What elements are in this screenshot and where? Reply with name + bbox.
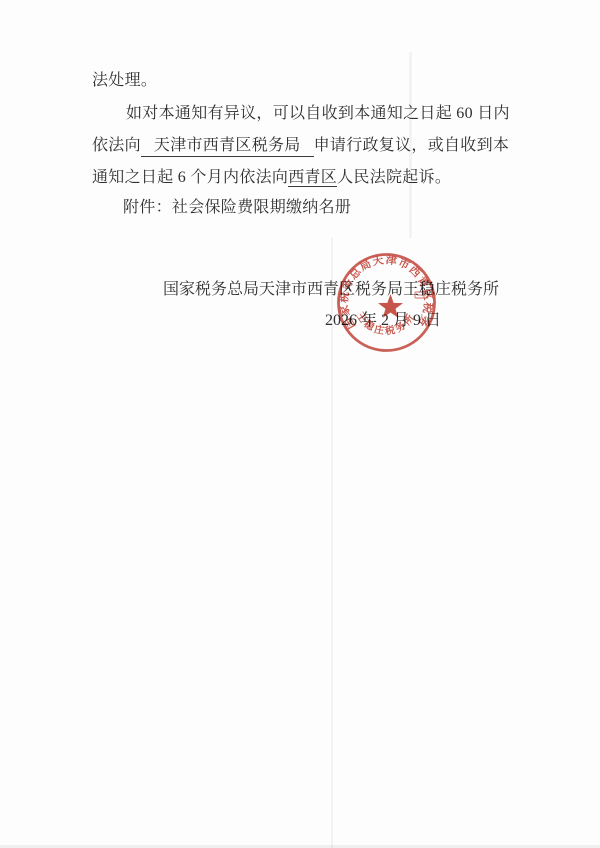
appeal-line-3-suffix: 人民法院起诉。 [337,169,451,186]
appeal-line-2-prefix: 依法向 [92,137,141,154]
paragraph-continuation: 法处理。 [92,70,157,91]
appeal-line-2-suffix: 申请行政复议，或自收到本 [314,137,510,154]
appeal-line-1: 如对本通知有异议，可以自收到本通知之日起 60 日内 [126,103,510,124]
tax-authority-blank-field: 天津市西青区税务局 [141,135,314,157]
appeal-line-3: 通知之日起 6 个月内依法向西青区人民法院起诉。 [92,167,451,188]
document-page: 法处理。 如对本通知有异议，可以自收到本通知之日起 60 日内 依法向天津市西青… [0,0,600,848]
seal-arc-text: 国家税务总局天津市西青区税务局 [316,232,436,332]
star-icon [378,294,403,318]
official-seal: 国家税务总局天津市西青区税务局 王稳庄税务所 [316,232,456,372]
appeal-line-3-prefix: 通知之日起 6 个月内依法向 [92,169,288,186]
attachment-line: 附件：社会保险费限期缴纳名册 [123,197,351,218]
appeal-line-2: 依法向天津市西青区税务局申请行政复议，或自收到本 [92,135,509,157]
court-district-underlined: 西青区 [288,169,337,187]
